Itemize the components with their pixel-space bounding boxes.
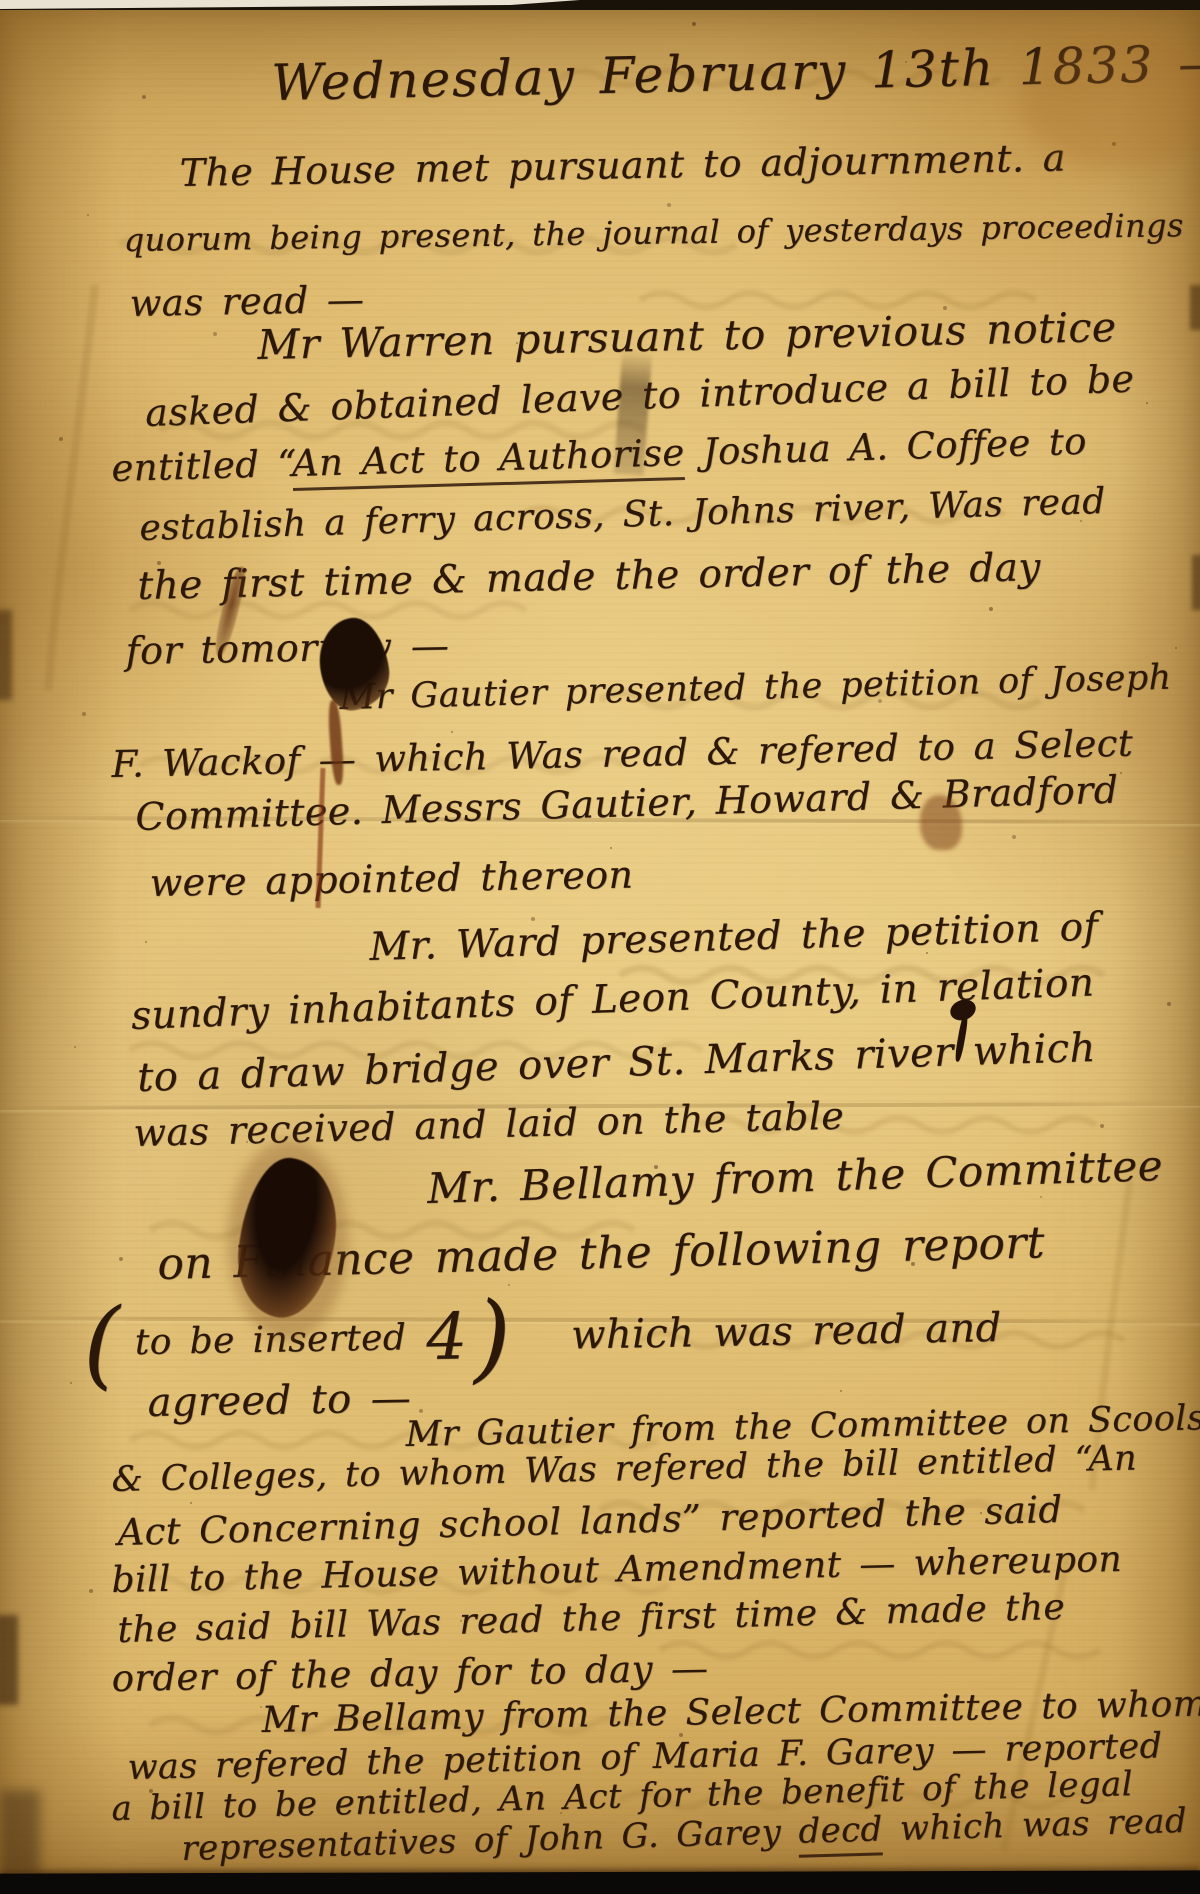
edge-stain-right: [1190, 285, 1200, 330]
scanned-manuscript-page: Wednesday February 13th 1833 — The House…: [0, 0, 1200, 1894]
line-text: entitled “: [111, 442, 293, 490]
line-text: agreed to —: [147, 1375, 411, 1426]
big-close-paren: ): [473, 1337, 511, 1338]
edge-stain-right-lower: [1192, 555, 1200, 610]
edge-stain-left: [0, 610, 12, 700]
line-p3-l4: were appointed thereon: [149, 854, 633, 906]
underlined-decd: decd: [798, 1809, 884, 1857]
insertion-figure: 4: [426, 1337, 467, 1338]
line-p2-l6: for tomorrow —: [125, 624, 449, 673]
big-open-paren: (: [83, 1343, 121, 1344]
line-text: were appointed thereon: [149, 853, 633, 905]
line-text: which was read: [882, 1801, 1187, 1849]
line-p5-l4: agreed to —: [147, 1375, 411, 1426]
line-text: was read —: [129, 278, 364, 325]
scan-edge-bottom: [0, 1870, 1200, 1894]
line-text: which was read and: [571, 1305, 1002, 1359]
edge-stain-left-lower: [0, 1615, 18, 1705]
corner-stain-bottom-left: [0, 1790, 40, 1875]
line-text: for tomorrow —: [125, 623, 449, 673]
